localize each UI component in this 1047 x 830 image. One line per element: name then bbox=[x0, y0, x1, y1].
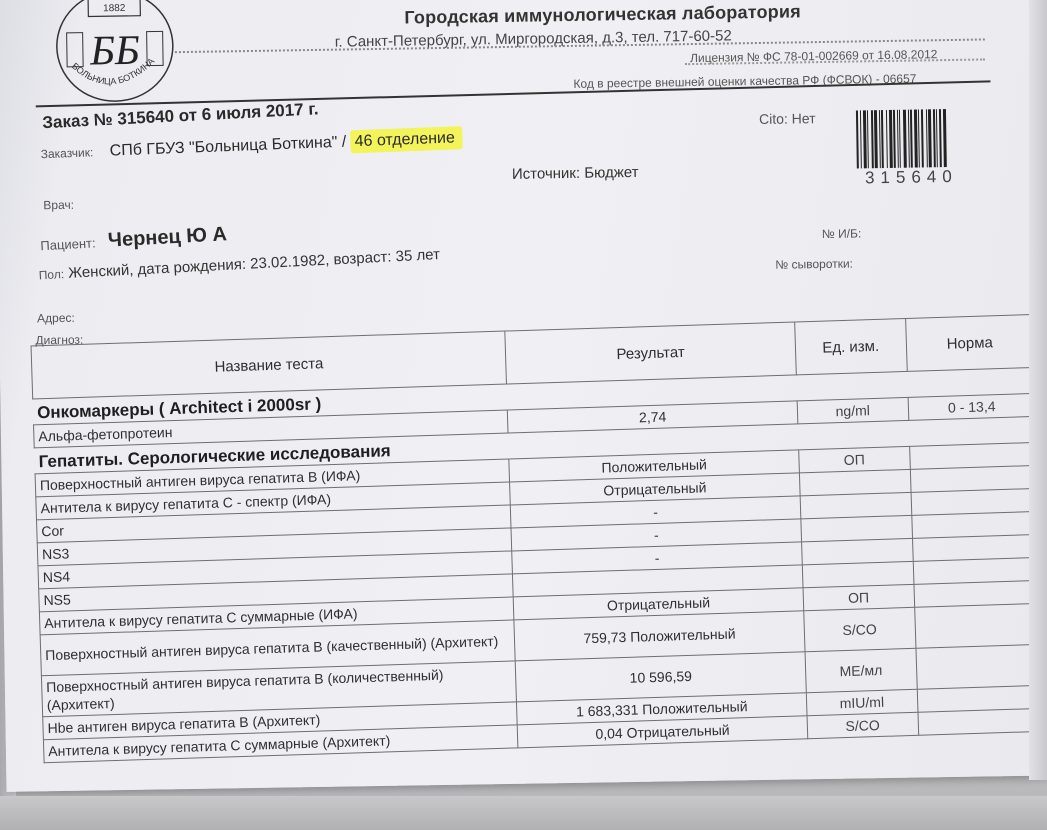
header-result: Результат bbox=[505, 322, 796, 384]
test-norm bbox=[918, 708, 1046, 735]
patient-label: Пациент: bbox=[40, 235, 96, 253]
test-unit: S/CO bbox=[807, 712, 919, 738]
test-unit: S/CO bbox=[804, 607, 916, 651]
lab-report-sheet: 1882 ББ БОЛЬНИЦА БОТКИНА ...ница имени С… bbox=[0, 0, 1046, 792]
cito-status: Cito: Нет bbox=[759, 110, 816, 127]
sex-label: Пол: bbox=[38, 267, 64, 282]
logo-year: 1882 bbox=[103, 3, 126, 14]
customer-label: Заказчик: bbox=[40, 145, 93, 161]
doctor-label: Врач: bbox=[43, 198, 74, 212]
header-norm: Норма bbox=[905, 314, 1034, 371]
customer-line: Заказчик: СПб ГБУЗ "Больница Боткина" / … bbox=[40, 129, 463, 163]
case-number-label: № И/Б: bbox=[822, 226, 862, 241]
barcode-number: 315640 bbox=[865, 167, 958, 188]
customer-value: СПб ГБУЗ "Больница Боткина" / bbox=[109, 134, 346, 160]
page-fold-shadow bbox=[0, 796, 1047, 830]
header-unit: Ед. изм. bbox=[794, 318, 906, 374]
customer-department-highlighted: 46 отделение bbox=[350, 126, 463, 153]
barcode bbox=[856, 109, 975, 169]
patient-line: Пациент: Чернец Ю А bbox=[40, 223, 228, 256]
results-table: Название теста Результат Ед. изм. Норма … bbox=[31, 314, 1047, 764]
test-norm bbox=[916, 644, 1045, 689]
hospital-logo: 1882 ББ БОЛЬНИЦА БОТКИНА bbox=[52, 0, 178, 105]
background-edge bbox=[1029, 0, 1047, 780]
header-rule bbox=[36, 80, 991, 107]
address-label: Адрес: bbox=[37, 311, 75, 326]
test-unit: МЕ/мл bbox=[805, 648, 917, 692]
funding-source: Источник: Бюджет bbox=[512, 164, 639, 183]
lab-name: Городская иммунологическая лаборатория bbox=[404, 1, 801, 28]
patient-name: Чернец Ю А bbox=[107, 223, 227, 251]
serum-number-label: № сыворотки: bbox=[775, 257, 853, 272]
logo-monogram: ББ bbox=[89, 28, 140, 75]
test-norm bbox=[914, 603, 1043, 648]
